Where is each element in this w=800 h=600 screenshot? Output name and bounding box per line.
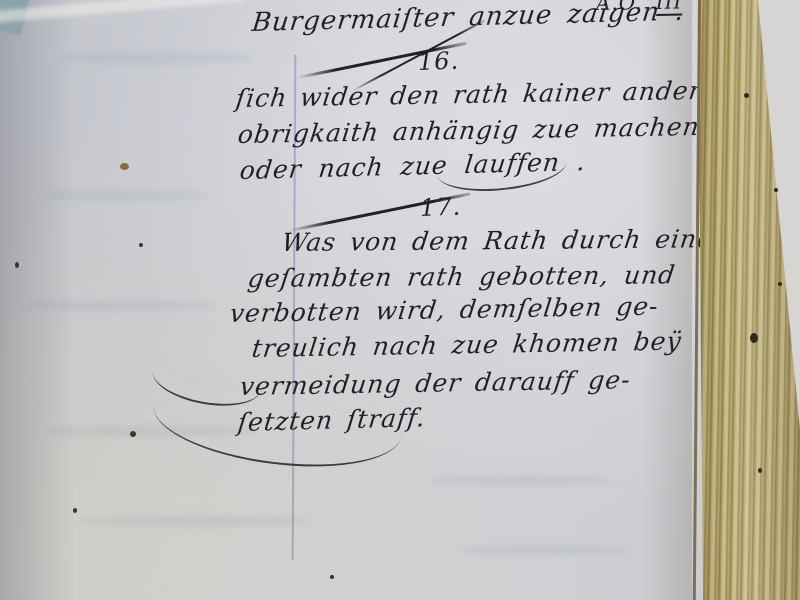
paper-speck — [73, 508, 77, 513]
section-17-number: 17. — [420, 193, 462, 222]
bleedthrough-smudge — [25, 300, 215, 311]
bleedthrough-smudge — [55, 52, 255, 64]
fore-edge-speck — [744, 93, 749, 98]
section-16-number: 16. — [418, 47, 460, 76]
paper-speck — [120, 163, 129, 170]
manuscript-photo: A.O. III Burgermaiſter anzue zaigen . 16… — [0, 0, 800, 600]
paper-speck — [330, 575, 334, 579]
fore-edge-speck — [778, 282, 782, 286]
text-line: geſambten rath gebotten, und — [246, 260, 677, 293]
bleedthrough-smudge — [40, 190, 210, 200]
paper-speck — [139, 243, 143, 247]
bleedthrough-smudge — [80, 515, 310, 527]
paper-speck — [130, 431, 136, 437]
bleedthrough-smudge — [460, 545, 630, 555]
fore-edge-speck — [774, 188, 778, 192]
paper-speck — [15, 262, 19, 268]
fore-edge-border-line — [693, 0, 701, 600]
fore-edge-speck — [758, 468, 762, 473]
text-line: Was von dem Rath durch einen — [280, 224, 732, 257]
page-curvature-shadow — [0, 0, 75, 600]
bleedthrough-smudge — [430, 475, 610, 486]
book-fore-edge — [688, 0, 800, 600]
fore-edge-speck — [750, 333, 758, 343]
